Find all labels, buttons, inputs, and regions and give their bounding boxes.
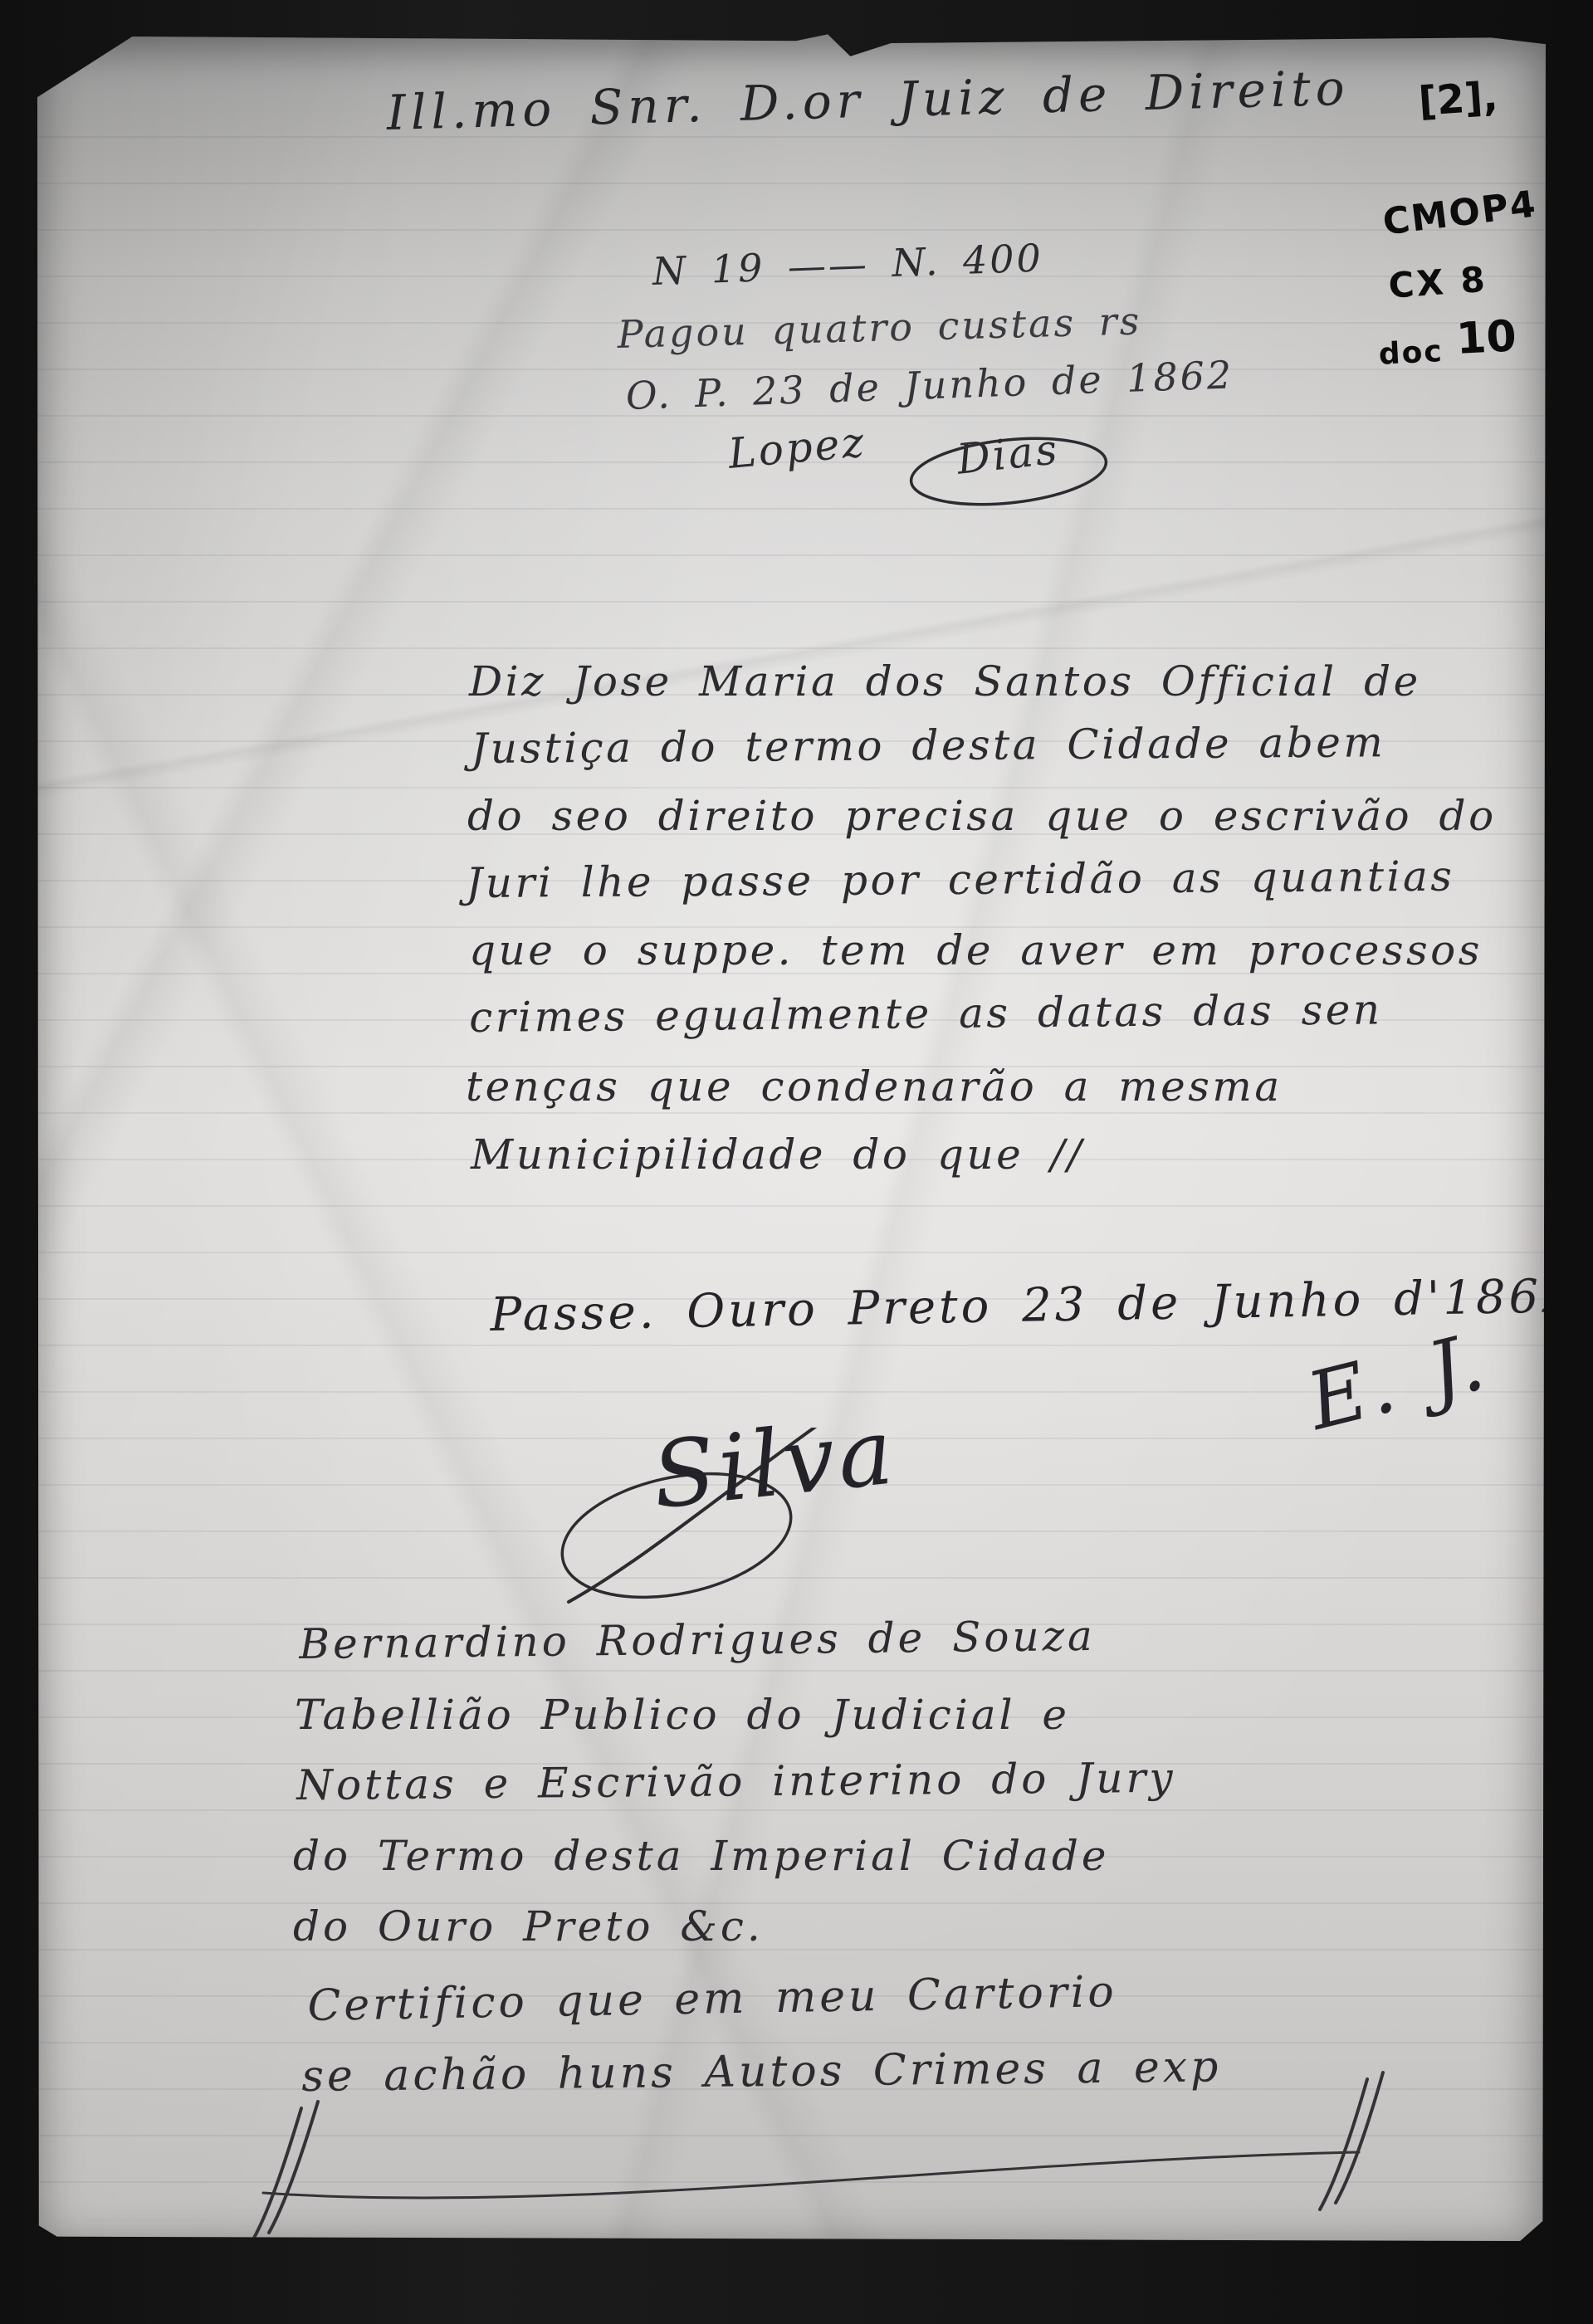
petition-line: tenças que condenarão a mesma: [466, 1062, 1283, 1111]
signature-dias: Dias: [955, 425, 1062, 484]
archive-mark-fonds: CMOP4: [1380, 183, 1539, 243]
archive-mark-doc-label: doc: [1378, 334, 1444, 372]
archive-mark-doc: doc 10: [1377, 318, 1515, 374]
certifier-line: do Ouro Preto &c.: [293, 1902, 764, 1950]
certifier-line: Nottas e Escrivão interino do Jury: [296, 1754, 1176, 1809]
archive-mark-number: [2],: [1417, 73, 1499, 125]
archive-mark-doc-number: 10: [1455, 311, 1517, 364]
certifier-line: Tabellião Publico do Judicial e: [295, 1691, 1070, 1739]
petition-line: que o suppe. tem de aver em processos: [469, 926, 1483, 974]
fee-note-numbers: N 19 —— N. 400: [652, 236, 1044, 294]
archive-mark-box: CX 8: [1387, 259, 1488, 306]
certifier-line: Bernardino Rodrigues de Souza: [299, 1612, 1096, 1668]
certificate-line: Certifico que em meu Cartorio: [307, 1967, 1117, 2031]
scan-background: Ill.mo Snr. D.or Juiz de Direito [2], CM…: [0, 0, 1593, 2324]
petition-line: Justiça do termo desta Cidade abem: [471, 718, 1386, 773]
fee-note-date: O. P. 23 de Junho de 1862: [625, 352, 1234, 418]
petition-line: crimes egualmente as datas das sen: [469, 985, 1383, 1042]
petition-line: Juri lhe passe por certidão as quantias: [466, 852, 1455, 907]
document-page: Ill.mo Snr. D.or Juiz de Direito [2], CM…: [37, 33, 1546, 2241]
petition-line: do seo direito precisa que o escrivão do: [467, 792, 1497, 840]
signature-initials: E. J.: [1299, 1316, 1495, 1448]
petition-line: Diz Jose Maria dos Santos Official de: [469, 657, 1421, 705]
certifier-line: do Termo desta Imperial Cidade: [293, 1832, 1109, 1880]
certificate-line: se achão huns Autos Crimes a exp: [301, 2042, 1222, 2102]
header-salutation: Ill.mo Snr. D.or Juiz de Direito: [386, 60, 1350, 141]
signature-lopez: Lopez: [726, 418, 868, 478]
signature-silva: Silva: [647, 1398, 901, 1529]
petition-line: Municipilidade do que //: [471, 1130, 1084, 1179]
fee-note-paid: Pagou quatro custas rs: [617, 298, 1142, 357]
